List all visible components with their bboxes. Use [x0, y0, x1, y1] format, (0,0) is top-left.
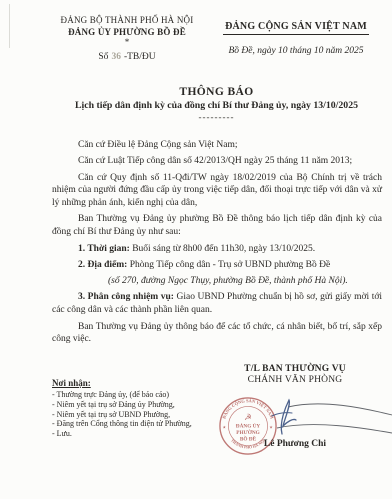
doc-number-suffix: -TB/ĐU [124, 52, 156, 62]
document-subtitle: Lịch tiếp dân định kỳ của đồng chí Bí th… [52, 100, 381, 111]
paragraph-closing: Ban Thường vụ Đảng ủy thông báo để các t… [52, 321, 382, 347]
issuing-org-name: ĐẢNG ỦY PHƯỜNG BỒ ĐỀ [38, 27, 216, 37]
document-page: ĐẢNG BỘ THÀNH PHỐ HÀ NỘI ĐẢNG ỦY PHƯỜNG … [0, 0, 392, 499]
org-separator-star: * [38, 38, 216, 46]
item-location-address: (số 270, đường Ngọc Thụy, phường Bồ Đề, … [52, 275, 382, 288]
doc-number-prefix: Số [98, 52, 108, 62]
signature-block: T/L BAN THƯỜNG VỤ CHÁNH VĂN PHÒNG [214, 364, 376, 385]
item-location-text: Phòng Tiếp công dân - Trụ sở UBND phường… [127, 260, 330, 270]
signer-authority: T/L BAN THƯỜNG VỤ [214, 364, 376, 374]
title-block: THÔNG BÁO Lịch tiếp dân định kỳ của đồng… [52, 86, 381, 121]
document-number-line: Số36-TB/ĐU [38, 52, 216, 62]
signer-name: Lê Phương Chi [214, 439, 376, 449]
item-location: 2. Địa điểm: Phòng Tiếp công dân - Trụ s… [52, 259, 382, 272]
signer-title: CHÁNH VĂN PHÒNG [214, 375, 376, 385]
national-motto-block: ĐẢNG CỘNG SẢN VIỆT NAM Bồ Đề, ngày 10 th… [204, 16, 388, 56]
paragraph-basis-2: Căn cứ Luật Tiếp công dân số 42/2013/QH … [52, 155, 382, 168]
document-title: THÔNG BÁO [52, 86, 381, 98]
issuing-org-block: ĐẢNG BỘ THÀNH PHỐ HÀ NỘI ĐẢNG ỦY PHƯỜNG … [38, 15, 216, 62]
document-body: Căn cứ Điều lệ Đảng Cộng sản Việt Nam; C… [52, 139, 382, 350]
item-assignment-label: 3. Phân công nhiệm vụ: [78, 292, 174, 302]
item-time-label: 1. Thời gian: [78, 244, 130, 254]
svg-text:★: ★ [223, 426, 227, 430]
item-time: 1. Thời gian: Buổi sáng từ 8h00 đến 11h3… [52, 243, 382, 256]
party-motto: ĐẢNG CỘNG SẢN VIỆT NAM [223, 21, 369, 35]
place-dateline: Bồ Đề, ngày 10 tháng 10 năm 2025 [204, 46, 388, 56]
stamp-hammer-sickle-emblem: ☭ [244, 412, 252, 422]
document-header: ĐẢNG BỘ THÀNH PHỐ HÀ NỘI ĐẢNG ỦY PHƯỜNG … [0, 15, 392, 81]
parent-org-name: ĐẢNG BỘ THÀNH PHỐ HÀ NỘI [38, 15, 216, 25]
paragraph-announcement: Ban Thường vụ Đảng ủy phường Bồ Đề thông… [52, 213, 382, 239]
item-time-text: Buổi sáng từ 8h00 đến 11h30, ngày 13/10/… [130, 244, 315, 254]
paragraph-basis-1: Căn cứ Điều lệ Đảng Cộng sản Việt Nam; [52, 139, 382, 152]
doc-number-value: 36 [108, 52, 124, 62]
title-separator: --------- [52, 113, 381, 121]
handwritten-signature [252, 396, 392, 440]
item-assignment: 3. Phân công nhiệm vụ: Giao UBND Phường … [52, 291, 382, 317]
paragraph-basis-3: Căn cứ Quy định số 11-Qđi/TW ngày 18/02/… [52, 172, 382, 210]
item-location-label: 2. Địa điểm: [78, 260, 127, 270]
